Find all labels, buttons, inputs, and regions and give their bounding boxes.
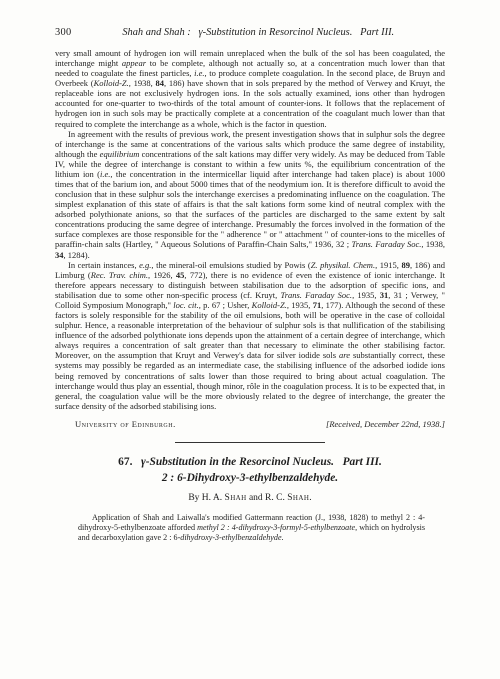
text-run: , p. 67 ; Usher, [199, 300, 252, 310]
text-run: dihydroxy-3-ethylbenzaldehyde [180, 533, 281, 542]
text-run [334, 456, 343, 468]
page-header: 300 Shah and Shah : γ-Substitution in Re… [55, 27, 445, 38]
body-paragraph: In certain instances, e.g., the mineral-… [55, 260, 445, 411]
section-divider [175, 442, 325, 443]
text-run: , the mineral-oil emulsions studied by P… [151, 260, 310, 270]
body-paragraph: In agreement with the results of previou… [55, 129, 445, 260]
abstract: Application of Shah and Laiwalla's modif… [78, 513, 425, 543]
journal-page: 300 Shah and Shah : γ-Substitution in Re… [0, 0, 500, 679]
article-header: 67. γ-Substitution in the Resorcinol Nuc… [55, 456, 445, 543]
text-run: and R. C. [247, 493, 288, 503]
text-run: are [339, 350, 350, 360]
byline: By H. A. Shah and R. C. Shah. [55, 493, 445, 503]
text-run: , 1915, [375, 260, 401, 270]
text-run: By H. A. [188, 493, 224, 503]
article-title: 67. γ-Substitution in the Resorcinol Nuc… [55, 456, 445, 468]
text-run: Trans. Faraday Soc. [351, 239, 421, 249]
text-run: appear [122, 58, 146, 68]
text-run: 71 [313, 300, 322, 310]
text-run: , 1926, [148, 270, 176, 280]
text-run: 31 [380, 290, 389, 300]
text-run: . [282, 533, 284, 542]
text-run: methyl 2 : 4-dihydroxy-3-formyl-5-ethylb… [197, 523, 355, 532]
text-run: γ-Substitution in the Resorcinol Nucleus… [141, 456, 334, 468]
affiliation: University of Edinburgh. [75, 419, 176, 429]
text-run: Kolloid-Z. [252, 300, 287, 310]
article-body: very small amount of hydrogen ion will r… [55, 48, 445, 411]
running-title: Shah and Shah : γ-Substitution in Resorc… [72, 27, 446, 38]
text-run: Kolloid-Z. [94, 78, 129, 88]
text-run: Rec. Trav. chim. [91, 270, 148, 280]
text-run: 67. [118, 456, 132, 468]
text-run: equilibrium [100, 149, 140, 159]
text-run: Part III. [343, 456, 382, 468]
text-run: , the concentration in the intermicellar… [55, 169, 445, 250]
text-run: , 1284). [64, 250, 90, 260]
text-run: In certain instances, [68, 260, 139, 270]
text-run: 84 [155, 78, 164, 88]
text-run: , 1938, [421, 239, 445, 249]
signature-row: University of Edinburgh. [Received, Dece… [55, 419, 445, 429]
text-run: 89 [401, 260, 410, 270]
text-run [132, 456, 141, 468]
body-paragraph: very small amount of hydrogen ion will r… [55, 48, 445, 129]
text-run: e.g. [139, 260, 151, 270]
text-run: Z. physikal. Chem. [311, 260, 375, 270]
text-run: . [309, 493, 311, 503]
text-run: 34 [55, 250, 64, 260]
received-date: [Received, December 22nd, 1938.] [326, 419, 445, 429]
text-run: i.e. [194, 68, 204, 78]
article-subtitle: 2 : 6-Dihydroxy-3-ethylbenzaldehyde. [55, 472, 445, 484]
text-run: , 1935, [352, 290, 380, 300]
page-number: 300 [55, 27, 72, 38]
text-run: , 1938, [129, 78, 156, 88]
text-run: 2 : 6-Dihydroxy-3-ethylbenzaldehyde. [162, 472, 338, 484]
text-run: i.e. [100, 169, 110, 179]
text-run: Trans. Faraday Soc. [280, 290, 352, 300]
text-run: Shah [287, 493, 309, 503]
text-run: loc. cit. [173, 300, 198, 310]
text-run: , 1935, [287, 300, 313, 310]
text-run: Shah [225, 493, 247, 503]
